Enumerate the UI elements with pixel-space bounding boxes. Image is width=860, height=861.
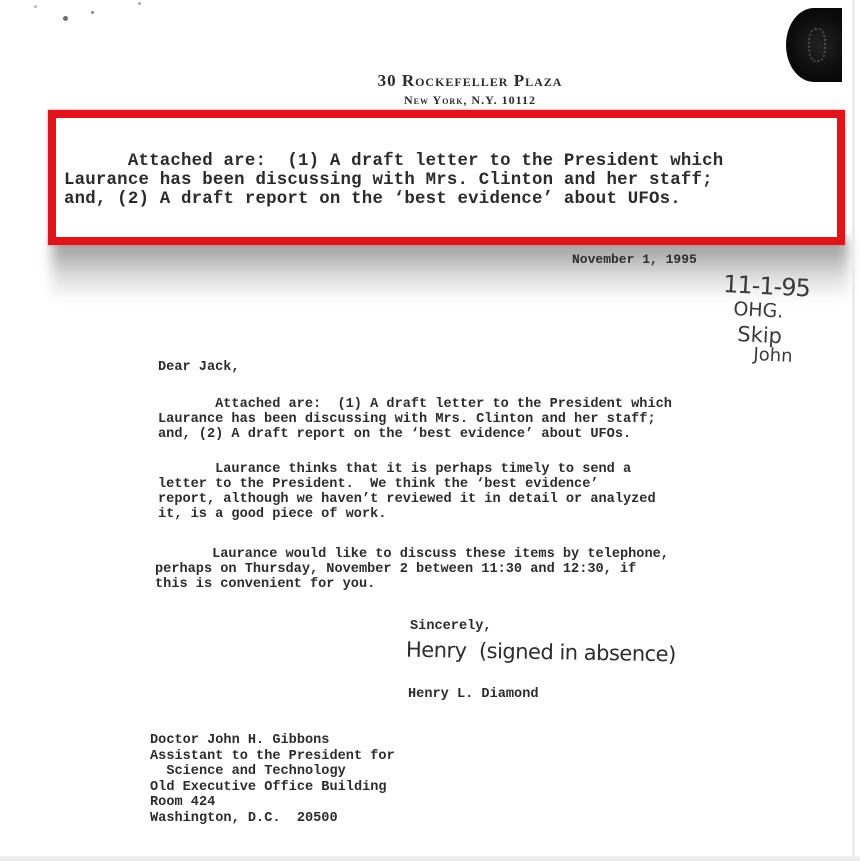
letterhead: 30 Rockefeller Plaza New York, N.Y. 1011… bbox=[0, 70, 860, 108]
letterhead-address-line1: 30 Rockefeller Plaza bbox=[0, 70, 860, 92]
recipient-address: Doctor John H. GibbonsAssistant to the P… bbox=[150, 733, 395, 827]
paragraph-2: Laurance thinks that it is perhaps timel… bbox=[158, 462, 656, 522]
document-page: 30 Rockefeller Plaza New York, N.Y. 1011… bbox=[0, 0, 860, 861]
recipient-line: Assistant to the President for bbox=[150, 749, 395, 765]
recipient-line: Science and Technology bbox=[150, 764, 395, 780]
paragraph-line: Laurance has been discussing with Mrs. C… bbox=[158, 412, 672, 427]
paragraph-line: Laurance thinks that it is perhaps timel… bbox=[158, 462, 656, 477]
scan-speck bbox=[138, 2, 141, 5]
callout-line: Attached are: (1) A draft letter to the … bbox=[64, 152, 723, 171]
callout-text: Attached are: (1) A draft letter to the … bbox=[64, 152, 723, 209]
paragraph-line: letter to the President. We think the ‘b… bbox=[158, 477, 656, 492]
letterhead-address-line2: New York, N.Y. 10112 bbox=[0, 92, 860, 108]
paragraph-3: Laurance would like to discuss these ite… bbox=[155, 547, 669, 592]
handwritten-note-line4: John bbox=[753, 344, 793, 367]
highlight-callout-box: Attached are: (1) A draft letter to the … bbox=[48, 110, 845, 245]
paragraph-line: it, is a good piece of work. bbox=[158, 507, 656, 522]
handwritten-signature: Henry (signed in absence) bbox=[406, 638, 676, 667]
scan-speck bbox=[34, 5, 37, 8]
callout-line: Laurance has been discussing with Mrs. C… bbox=[64, 171, 723, 190]
letter-date: November 1, 1995 bbox=[572, 252, 697, 267]
paragraph-line: this is convenient for you. bbox=[155, 577, 669, 592]
scan-speck bbox=[91, 11, 94, 14]
recipient-line: Room 424 bbox=[150, 795, 395, 811]
paragraph-line: and, (2) A draft report on the ‘best evi… bbox=[158, 427, 672, 442]
page-edge-bottom bbox=[0, 856, 860, 861]
paragraph-line: report, although we haven’t reviewed it … bbox=[158, 492, 656, 507]
callout-line: and, (2) A draft report on the ‘best evi… bbox=[64, 190, 723, 209]
paragraph-1: Attached are: (1) A draft letter to the … bbox=[158, 397, 672, 442]
handwritten-note-line2: OHG. bbox=[733, 298, 784, 323]
salutation: Dear Jack, bbox=[158, 360, 240, 375]
recipient-line: Old Executive Office Building bbox=[150, 780, 395, 796]
closing: Sincerely, bbox=[410, 619, 492, 634]
recipient-line: Doctor John H. Gibbons bbox=[150, 733, 395, 749]
paragraph-line: Attached are: (1) A draft letter to the … bbox=[158, 397, 672, 412]
paragraph-line: Laurance would like to discuss these ite… bbox=[155, 547, 669, 562]
scan-speck bbox=[63, 16, 68, 21]
recipient-line: Washington, D.C. 20500 bbox=[150, 811, 395, 827]
paragraph-line: perhaps on Thursday, November 2 between … bbox=[155, 562, 669, 577]
signer-name: Henry L. Diamond bbox=[408, 687, 539, 702]
page-edge-right bbox=[852, 0, 855, 861]
